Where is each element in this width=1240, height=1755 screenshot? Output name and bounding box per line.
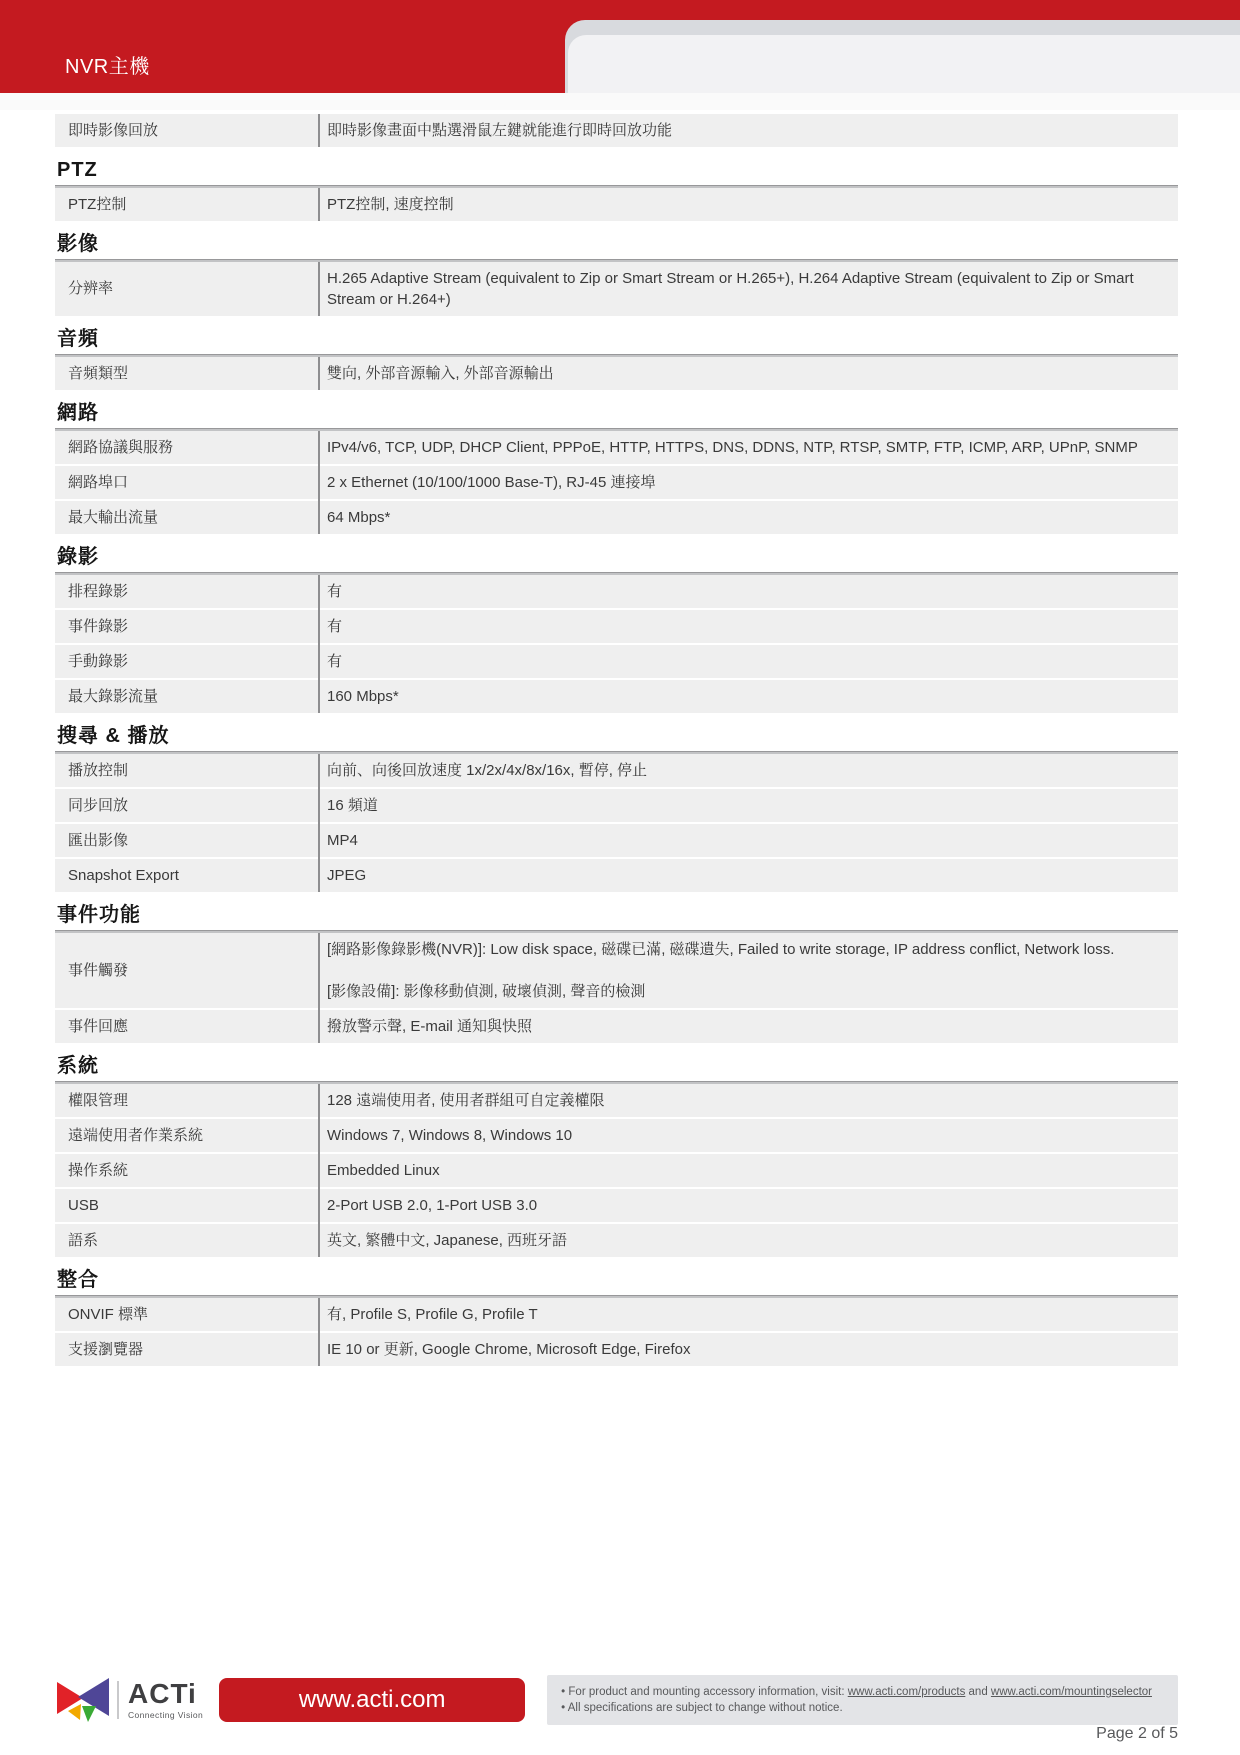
section-rows: 播放控制 向前、向後回放速度 1x/2x/4x/8x/16x, 暫停, 停止 同… — [55, 754, 1178, 892]
spec-row: 播放控制 向前、向後回放速度 1x/2x/4x/8x/16x, 暫停, 停止 — [55, 754, 1178, 787]
spec-label: 語系 — [55, 1226, 318, 1256]
spec-section: 搜尋 & 播放 播放控制 向前、向後回放速度 1x/2x/4x/8x/16x, … — [55, 724, 1178, 892]
spec-row: 手動錄影 有 — [55, 645, 1178, 678]
spec-label: ONVIF 標準 — [55, 1300, 318, 1330]
section-heading: 整合 — [57, 1268, 1178, 1292]
section-rows: 網路協議與服務 IPv4/v6, TCP, UDP, DHCP Client, … — [55, 431, 1178, 534]
footer-note-2: • All specifications are subject to chan… — [561, 1700, 1164, 1716]
spec-row: 網路協議與服務 IPv4/v6, TCP, UDP, DHCP Client, … — [55, 431, 1178, 464]
spec-row: 權限管理 128 遠端使用者, 使用者群組可自定義權限 — [55, 1084, 1178, 1117]
spec-value: JPEG — [318, 859, 1178, 892]
spec-section: 影像 分辨率 H.265 Adaptive Stream (equivalent… — [55, 232, 1178, 316]
note-text: For product and mounting accessory infor… — [568, 1686, 847, 1698]
spec-value: 雙向, 外部音源輸入, 外部音源輸出 — [318, 357, 1178, 390]
spec-value: [網路影像錄影機(NVR)]: Low disk space, 磁碟已滿, 磁碟… — [318, 933, 1178, 1008]
page-header: NVR主機 — [0, 0, 1240, 93]
spec-label: 遠端使用者作業系統 — [55, 1121, 318, 1151]
section-rows: 分辨率 H.265 Adaptive Stream (equivalent to… — [55, 262, 1178, 316]
spec-section: PTZ PTZ控制 PTZ控制, 速度控制 — [55, 158, 1178, 221]
note-bullet: • — [561, 1702, 565, 1714]
spec-row: 事件回應 撥放警示聲, E-mail 通知與快照 — [55, 1010, 1178, 1043]
spec-label: 同步回放 — [55, 791, 318, 821]
section-heading: 事件功能 — [57, 903, 1178, 927]
footer-main-row: ACTi Connecting Vision www.acti.com • Fo… — [55, 1675, 1178, 1725]
spec-label: 網路埠口 — [55, 468, 318, 498]
products-link[interactable]: www.acti.com/products — [848, 1686, 966, 1698]
section-heading: 音頻 — [57, 327, 1178, 351]
spec-row: USB 2-Port USB 2.0, 1-Port USB 3.0 — [55, 1189, 1178, 1222]
spec-label: 排程錄影 — [55, 577, 318, 607]
spec-row: 事件觸發 [網路影像錄影機(NVR)]: Low disk space, 磁碟已… — [55, 933, 1178, 1008]
section-heading: PTZ — [57, 158, 1178, 182]
section-heading: 影像 — [57, 232, 1178, 256]
page-indicator: Page 2 of 5 — [1096, 1725, 1178, 1743]
spec-row: Snapshot Export JPEG — [55, 859, 1178, 892]
spec-value: PTZ控制, 速度控制 — [318, 188, 1178, 221]
spec-section: 音頻 音頻類型 雙向, 外部音源輸入, 外部音源輸出 — [55, 327, 1178, 390]
spec-section: 即時影像回放 即時影像畫面中點選滑鼠左鍵就能進行即時回放功能 — [55, 114, 1178, 147]
section-rows: 事件觸發 [網路影像錄影機(NVR)]: Low disk space, 磁碟已… — [55, 933, 1178, 1043]
spec-table: 即時影像回放 即時影像畫面中點選滑鼠左鍵就能進行即時回放功能 PTZ PTZ控制… — [55, 114, 1178, 1366]
spec-sheet-page: NVR主機 即時影像回放 即時影像畫面中點選滑鼠左鍵就能進行即時回放功能 PTZ… — [0, 0, 1240, 1755]
spec-row: 即時影像回放 即時影像畫面中點選滑鼠左鍵就能進行即時回放功能 — [55, 114, 1178, 147]
note-bullet: • — [561, 1686, 565, 1698]
spec-row: 最大錄影流量 160 Mbps* — [55, 680, 1178, 713]
page-footer: ACTi Connecting Vision www.acti.com • Fo… — [55, 1675, 1178, 1725]
note-text: and — [965, 1686, 991, 1698]
spec-row: 分辨率 H.265 Adaptive Stream (equivalent to… — [55, 262, 1178, 316]
spec-row: 支援瀏覽器 IE 10 or 更新, Google Chrome, Micros… — [55, 1333, 1178, 1366]
spec-label: USB — [55, 1191, 318, 1221]
spec-label: 支援瀏覽器 — [55, 1335, 318, 1365]
section-heading: 錄影 — [57, 545, 1178, 569]
spec-value: Embedded Linux — [318, 1154, 1178, 1187]
note-text: All specifications are subject to change… — [568, 1702, 843, 1714]
spec-value: 160 Mbps* — [318, 680, 1178, 713]
spec-value: 2-Port USB 2.0, 1-Port USB 3.0 — [318, 1189, 1178, 1222]
spec-row: 匯出影像 MP4 — [55, 824, 1178, 857]
header-tab-shape — [565, 20, 1240, 93]
spec-value: 即時影像畫面中點選滑鼠左鍵就能進行即時回放功能 — [318, 114, 1178, 147]
page-title: NVR主機 — [65, 50, 150, 79]
mountingselector-link[interactable]: www.acti.com/mountingselector — [991, 1686, 1152, 1698]
logo-brand-text: ACTi — [128, 1680, 203, 1708]
section-heading: 搜尋 & 播放 — [57, 724, 1178, 748]
section-rows: 權限管理 128 遠端使用者, 使用者群組可自定義權限 遠端使用者作業系統 Wi… — [55, 1084, 1178, 1257]
spec-value: 撥放警示聲, E-mail 通知與快照 — [318, 1010, 1178, 1043]
acti-logo: ACTi Connecting Vision — [55, 1675, 203, 1725]
section-rows: PTZ控制 PTZ控制, 速度控制 — [55, 188, 1178, 221]
footer-notes-box: • For product and mounting accessory inf… — [547, 1675, 1178, 1725]
website-button[interactable]: www.acti.com — [219, 1678, 525, 1722]
spec-label: 即時影像回放 — [55, 116, 318, 146]
spec-label: 最大輸出流量 — [55, 503, 318, 533]
acti-butterfly-icon — [55, 1675, 111, 1725]
logo-divider — [117, 1681, 119, 1719]
section-rows: 音頻類型 雙向, 外部音源輸入, 外部音源輸出 — [55, 357, 1178, 390]
spec-value: 英文, 繁體中文, Japanese, 西班牙語 — [318, 1224, 1178, 1257]
spec-label: 最大錄影流量 — [55, 682, 318, 712]
spec-row: 排程錄影 有 — [55, 575, 1178, 608]
spec-value: 128 遠端使用者, 使用者群組可自定義權限 — [318, 1084, 1178, 1117]
spec-value: 有 — [318, 575, 1178, 608]
spec-label: 分辨率 — [55, 274, 318, 304]
spec-value: 16 頻道 — [318, 789, 1178, 822]
spec-value: MP4 — [318, 824, 1178, 857]
spec-value: 2 x Ethernet (10/100/1000 Base-T), RJ-45… — [318, 466, 1178, 499]
spec-value: 有, Profile S, Profile G, Profile T — [318, 1298, 1178, 1331]
section-heading: 網路 — [57, 401, 1178, 425]
spec-row: 最大輸出流量 64 Mbps* — [55, 501, 1178, 534]
spec-value: 有 — [318, 610, 1178, 643]
spec-value: H.265 Adaptive Stream (equivalent to Zip… — [318, 262, 1178, 316]
spec-value: 64 Mbps* — [318, 501, 1178, 534]
spec-value: 向前、向後回放速度 1x/2x/4x/8x/16x, 暫停, 停止 — [318, 754, 1178, 787]
section-heading: 系統 — [57, 1054, 1178, 1078]
spec-section: 系統 權限管理 128 遠端使用者, 使用者群組可自定義權限 遠端使用者作業系統… — [55, 1054, 1178, 1257]
spec-label: PTZ控制 — [55, 190, 318, 220]
spec-section: 事件功能 事件觸發 [網路影像錄影機(NVR)]: Low disk space… — [55, 903, 1178, 1043]
spec-row: ONVIF 標準 有, Profile S, Profile G, Profil… — [55, 1298, 1178, 1331]
spec-label: 事件回應 — [55, 1012, 318, 1042]
spec-row: 音頻類型 雙向, 外部音源輸入, 外部音源輸出 — [55, 357, 1178, 390]
logo-tagline: Connecting Vision — [128, 1710, 203, 1720]
spec-value: IE 10 or 更新, Google Chrome, Microsoft Ed… — [318, 1333, 1178, 1366]
spec-label: 事件錄影 — [55, 612, 318, 642]
header-tab-inner-shape — [568, 35, 1240, 93]
spec-section: 網路 網路協議與服務 IPv4/v6, TCP, UDP, DHCP Clien… — [55, 401, 1178, 534]
spec-section: 整合 ONVIF 標準 有, Profile S, Profile G, Pro… — [55, 1268, 1178, 1366]
spec-label: Snapshot Export — [55, 861, 318, 891]
section-rows: 即時影像回放 即時影像畫面中點選滑鼠左鍵就能進行即時回放功能 — [55, 114, 1178, 147]
spec-label: 手動錄影 — [55, 647, 318, 677]
spec-row: 語系 英文, 繁體中文, Japanese, 西班牙語 — [55, 1224, 1178, 1257]
spec-label: 操作系統 — [55, 1156, 318, 1186]
spec-label: 網路協議與服務 — [55, 433, 318, 463]
section-rows: ONVIF 標準 有, Profile S, Profile G, Profil… — [55, 1298, 1178, 1366]
logo-text-block: ACTi Connecting Vision — [128, 1680, 203, 1720]
spec-row: 事件錄影 有 — [55, 610, 1178, 643]
spec-value: 有 — [318, 645, 1178, 678]
spec-section: 錄影 排程錄影 有 事件錄影 有 手動錄影 有 最大錄影流量 160 Mbps* — [55, 545, 1178, 713]
footer-note-1: • For product and mounting accessory inf… — [561, 1684, 1164, 1700]
spec-label: 事件觸發 — [55, 956, 318, 986]
section-rows: 排程錄影 有 事件錄影 有 手動錄影 有 最大錄影流量 160 Mbps* — [55, 575, 1178, 713]
spec-value: IPv4/v6, TCP, UDP, DHCP Client, PPPoE, H… — [318, 431, 1178, 464]
header-band — [0, 93, 1240, 110]
spec-label: 播放控制 — [55, 756, 318, 786]
spec-label: 匯出影像 — [55, 826, 318, 856]
spec-row: 遠端使用者作業系統 Windows 7, Windows 8, Windows … — [55, 1119, 1178, 1152]
spec-row: PTZ控制 PTZ控制, 速度控制 — [55, 188, 1178, 221]
spec-row: 同步回放 16 頻道 — [55, 789, 1178, 822]
spec-label: 音頻類型 — [55, 359, 318, 389]
spec-value: Windows 7, Windows 8, Windows 10 — [318, 1119, 1178, 1152]
spec-label: 權限管理 — [55, 1086, 318, 1116]
spec-row: 網路埠口 2 x Ethernet (10/100/1000 Base-T), … — [55, 466, 1178, 499]
spec-row: 操作系統 Embedded Linux — [55, 1154, 1178, 1187]
